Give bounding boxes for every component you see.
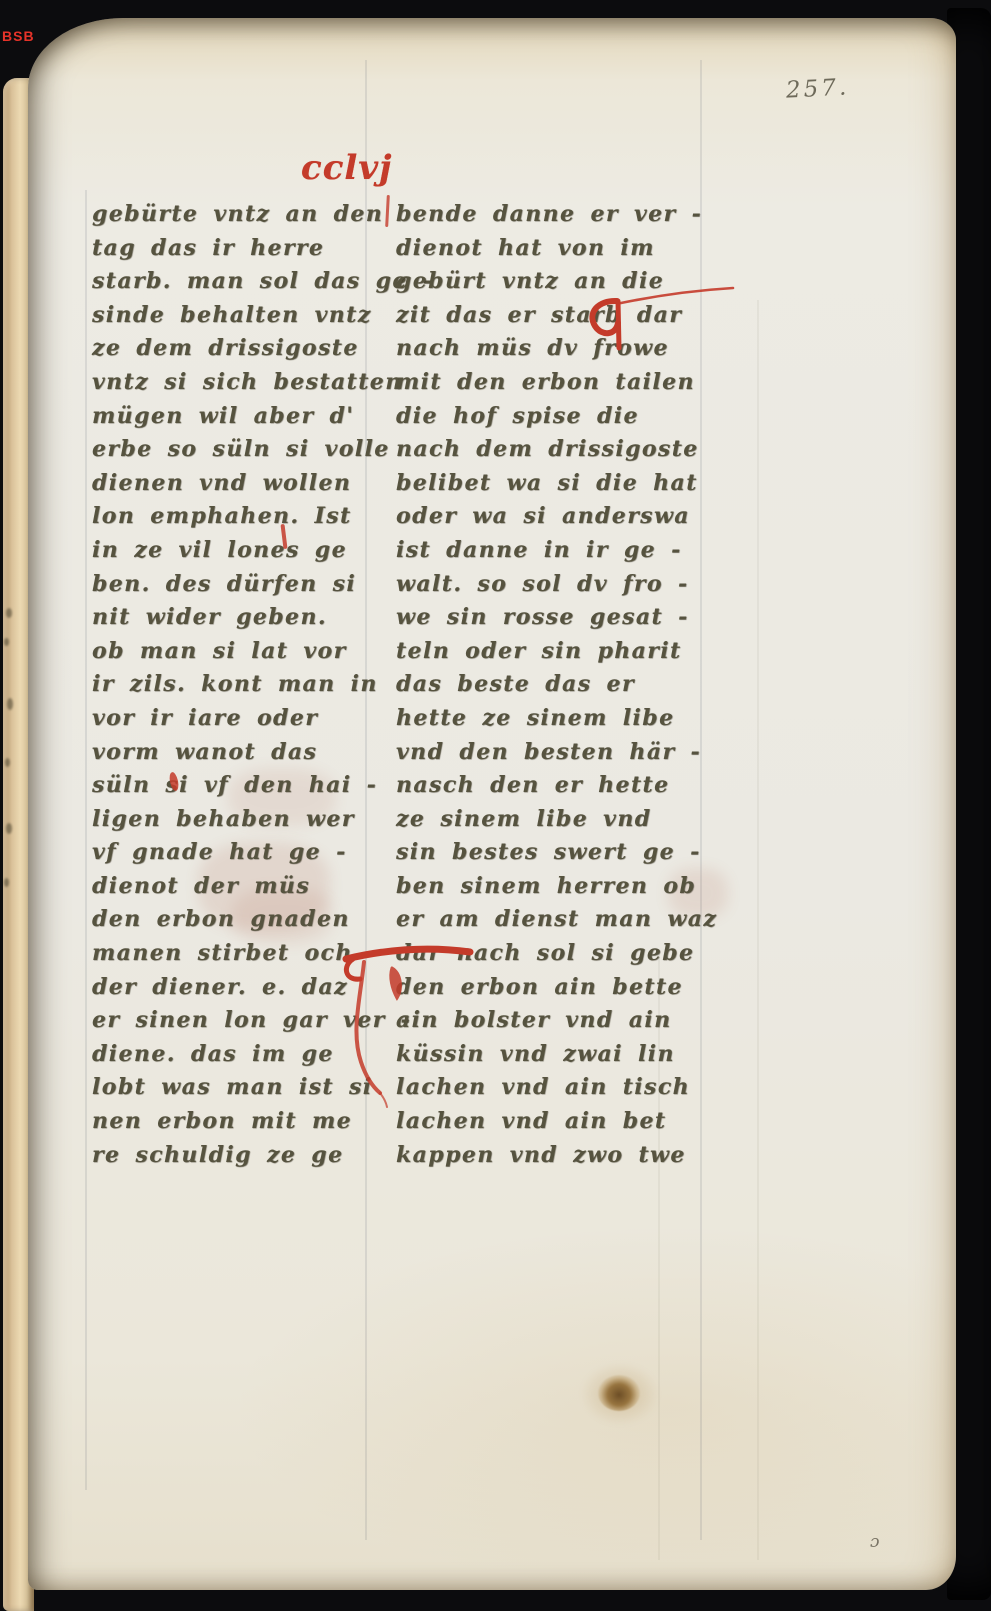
text-line: vntz si sich bestatten <box>92 366 384 400</box>
bleed-fleck <box>5 758 10 767</box>
text-line: den erbon gnaden <box>92 903 384 937</box>
text-line: zit das er starb dar <box>396 299 712 333</box>
text-line: dienot der müs <box>92 870 384 904</box>
text-line: küssin vnd zwai lin <box>396 1038 712 1072</box>
text-line: vorm wanot das <box>92 736 384 770</box>
text-line: gebürt vntz an die <box>396 265 712 299</box>
text-line: süln si vf den hai - <box>92 769 384 803</box>
text-line: das beste das er <box>396 668 712 702</box>
folio-number: 257. <box>785 74 849 103</box>
text-line: nach dem drissigoste <box>396 433 712 467</box>
text-line: er sinen lon gar ver - <box>92 1004 384 1038</box>
text-line: ligen behaben wer <box>92 803 384 837</box>
text-line: dienen vnd wollen <box>92 467 384 501</box>
text-line: in ze vil lones ge <box>92 534 384 568</box>
bleed-fleck <box>6 608 12 618</box>
bsb-watermark: BSB <box>2 28 35 44</box>
text-line: vf gnade hat ge - <box>92 836 384 870</box>
text-line: lon emphahen. Ist <box>92 500 384 534</box>
text-line: we sin rosse gesat - <box>396 601 712 635</box>
text-line: manen stirbet och <box>92 937 384 971</box>
text-line: vnd den besten här - <box>396 736 712 770</box>
bleed-fleck <box>4 638 9 646</box>
text-line: teln oder sin pharit <box>396 635 712 669</box>
text-line: ze sinem libe vnd <box>396 803 712 837</box>
text-line: lobt was man ist si <box>92 1071 384 1105</box>
text-line: vor ir iare oder <box>92 702 384 736</box>
bleed-fleck <box>6 823 12 834</box>
text-line: ben sinem herren ob <box>396 870 712 904</box>
text-line: nach müs dv frowe <box>396 332 712 366</box>
text-line: tag das ir herre <box>92 232 384 266</box>
text-line: nen erbon mit me <box>92 1105 384 1139</box>
text-line: der diener. e. daz <box>92 971 384 1005</box>
text-line: erbe so süln si volle <box>92 433 384 467</box>
text-line: mit den erbon tailen <box>396 366 712 400</box>
text-line: ben. des dürfen si <box>92 568 384 602</box>
text-line: bende danne er ver - <box>396 198 712 232</box>
bleed-fleck <box>4 878 9 887</box>
text-line: nit wider geben. <box>92 601 384 635</box>
corner-ink-mark: ɔ <box>870 1532 880 1552</box>
paper-crease <box>757 300 759 1560</box>
text-column-right: bende danne er ver -dienot hat von imgeb… <box>396 198 712 1172</box>
text-line: re schuldig ze ge <box>92 1139 384 1173</box>
ruling-line <box>85 190 87 1490</box>
text-line: ze dem drissigoste <box>92 332 384 366</box>
text-line: den erbon ain bette <box>396 971 712 1005</box>
text-line: mügen wil aber d' <box>92 400 384 434</box>
text-line: er am dienst man waz <box>396 903 712 937</box>
text-line: hette ze sinem libe <box>396 702 712 736</box>
text-line: sinde behalten vntz <box>92 299 384 333</box>
text-line: lachen vnd ain tisch <box>396 1071 712 1105</box>
text-line: gebürte vntz an den <box>92 198 384 232</box>
text-line: walt. so sol dv fro - <box>396 568 712 602</box>
text-line: starb. man sol das ge - <box>92 265 384 299</box>
text-line: ob man si lat vor <box>92 635 384 669</box>
text-line: nasch den er hette <box>396 769 712 803</box>
manuscript-scan: BSB 257. cclvj gebürte vntz an dentag da… <box>0 0 991 1611</box>
stain <box>598 1375 640 1411</box>
text-line: belibet wa si die hat <box>396 467 712 501</box>
text-line: sin bestes swert ge - <box>396 836 712 870</box>
text-line: die hof spise die <box>396 400 712 434</box>
text-line: ir zils. kont man in <box>92 668 384 702</box>
text-column-left: gebürte vntz an dentag das ir herrestarb… <box>92 198 384 1172</box>
text-line: dar nach sol si gebe <box>396 937 712 971</box>
text-line: ain bolster vnd ain <box>396 1004 712 1038</box>
bleed-fleck <box>7 698 13 710</box>
text-line: kappen vnd zwo twe <box>396 1139 712 1173</box>
text-line: lachen vnd ain bet <box>396 1105 712 1139</box>
chapter-heading: cclvj <box>301 148 392 188</box>
text-line: diene. das im ge <box>92 1038 384 1072</box>
text-line: ist danne in ir ge - <box>396 534 712 568</box>
text-line: oder wa si anderswa <box>396 500 712 534</box>
text-line: dienot hat von im <box>396 232 712 266</box>
